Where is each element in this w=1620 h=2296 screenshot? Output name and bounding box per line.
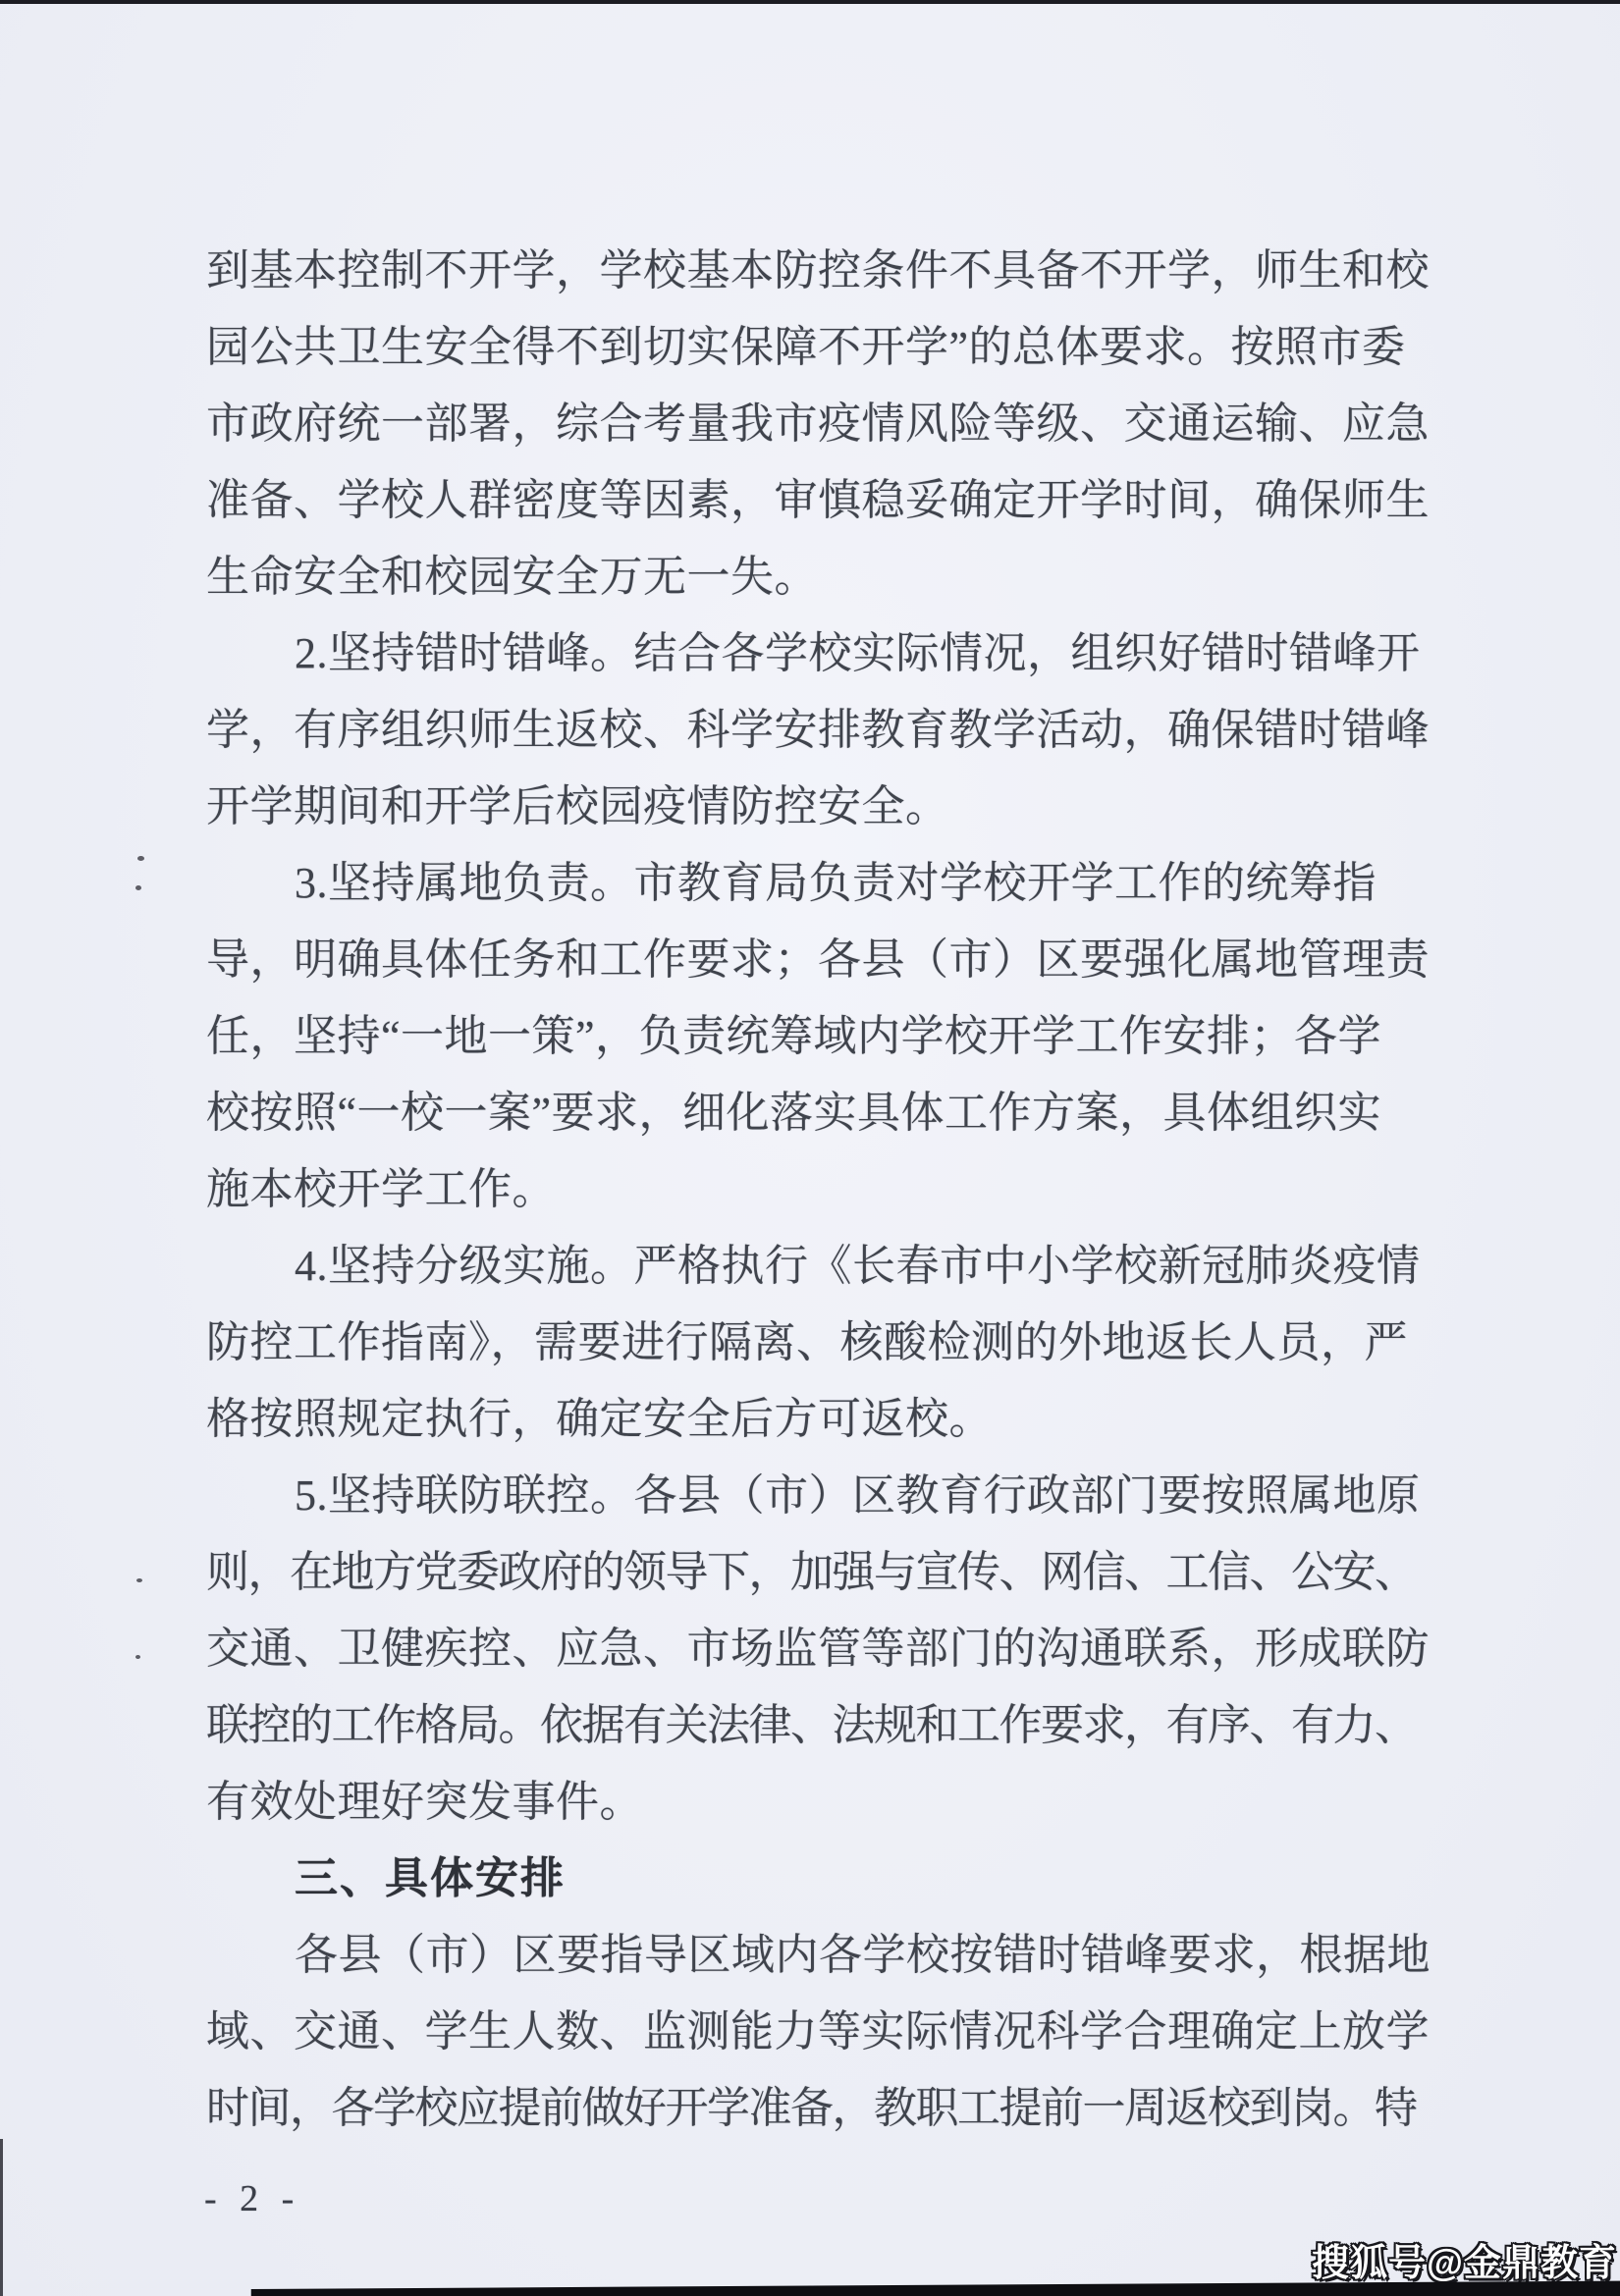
section-heading: 三、具体安排	[206, 1841, 1433, 1917]
text-line: 交通、卫健疾控、应急、市场监管等部门的沟通联系，形成联防	[206, 1611, 1433, 1687]
text-line: 则，在地方党委政府的领导下，加强与宣传、网信、工信、公安、	[206, 1534, 1433, 1611]
text-line: 校按照“一校一案”要求，细化落实具体工作方案，具体组织实	[206, 1075, 1433, 1151]
text-line: 4.坚持分级实施。严格执行《长春市中小学校新冠肺炎疫情	[206, 1228, 1433, 1305]
scan-speck	[135, 1655, 140, 1659]
text-line: 有效处理好突发事件。	[206, 1764, 1433, 1841]
text-line: 时间，各学校应提前做好开学准备，教职工提前一周返校到岗。特	[206, 2070, 1433, 2147]
text-line: 各县（市）区要指导区域内各学校按错时错峰要求，根据地	[206, 1917, 1433, 1994]
text-line: 到基本控制不开学，学校基本防控条件不具备不开学，师生和校	[206, 233, 1433, 309]
page-number: - 2 -	[204, 2177, 300, 2220]
text-line: 防控工作指南》，需要进行隔离、核酸检测的外地返长人员，严	[206, 1305, 1433, 1381]
text-line: 开学期间和开学后校园疫情防控安全。	[206, 769, 1433, 845]
text-line: 学，有序组织师生返校、科学安排教育教学活动，确保错时错峰	[206, 692, 1433, 769]
text-line: 园公共卫生安全得不到切实保障不开学”的总体要求。按照市委	[206, 309, 1433, 386]
text-line: 施本校开学工作。	[206, 1151, 1433, 1228]
text-line: 域、交通、学生人数、监测能力等实际情况科学合理确定上放学	[206, 1994, 1433, 2070]
text-line: 联控的工作格局。依据有关法律、法规和工作要求，有序、有力、	[206, 1687, 1433, 1764]
document-page: 到基本控制不开学，学校基本防控条件不具备不开学，师生和校园公共卫生安全得不到切实…	[0, 0, 1620, 2296]
text-line: 市政府统一部署，综合考量我市疫情风险等级、交通运输、应急	[206, 386, 1433, 462]
scan-speck	[135, 885, 141, 890]
text-line: 2.坚持错时错峰。结合各学校实际情况，组织好错时错峰开	[206, 615, 1433, 692]
scan-edge-top	[0, 0, 1620, 4]
scan-edge-left	[0, 2139, 3, 2296]
text-line: 导，明确具体任务和工作要求；各县（市）区要强化属地管理责	[206, 922, 1433, 998]
watermark-text: 搜狐号@金鼎教育	[1312, 2232, 1617, 2286]
text-line: 格按照规定执行，确定安全后方可返校。	[206, 1381, 1433, 1458]
text-line: 5.坚持联防联控。各县（市）区教育行政部门要按照属地原	[206, 1458, 1433, 1534]
text-line: 准备、学校人群密度等因素，审慎稳妥确定开学时间，确保师生	[206, 462, 1433, 539]
text-line: 生命安全和校园安全万无一失。	[206, 539, 1433, 615]
scan-speck	[136, 1578, 142, 1582]
document-body: 到基本控制不开学，学校基本防控条件不具备不开学，师生和校园公共卫生安全得不到切实…	[206, 233, 1433, 2147]
scan-speck	[137, 856, 144, 861]
text-line: 3.坚持属地负责。市教育局负责对学校开学工作的统筹指	[206, 845, 1433, 922]
text-line: 任，坚持“一地一策”，负责统筹域内学校开学工作安排；各学	[206, 998, 1433, 1075]
